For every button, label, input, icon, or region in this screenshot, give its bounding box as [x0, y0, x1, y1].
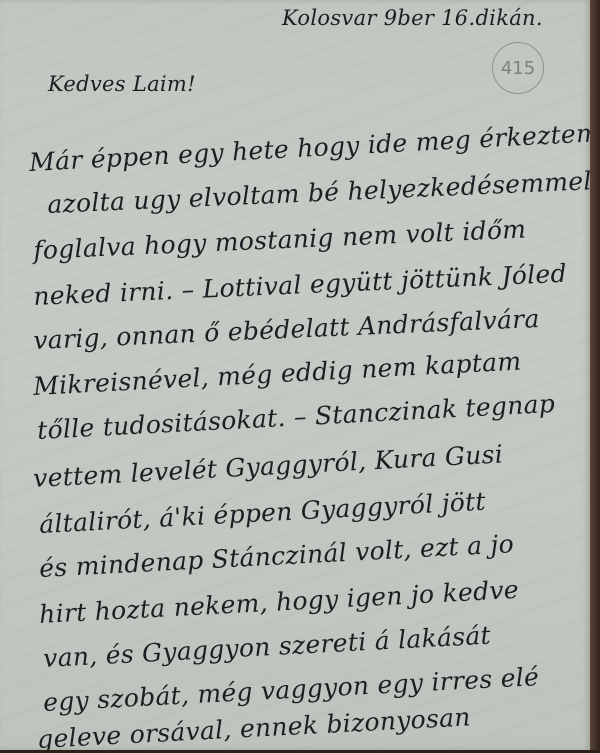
- letter-line: tőlle tudositásokat. – Stanczinak tegnap: [36, 389, 555, 445]
- letter-line: foglalva hogy mostanig nem volt időm: [33, 215, 527, 265]
- letter-line: van, és Gyaggyon szereti á lakását: [42, 621, 491, 673]
- letter-line: vettem levelét Gyaggyról, Kura Gusi: [32, 439, 503, 493]
- letter-line: neked irni. – Lottival együtt jöttünk Jó…: [33, 259, 568, 311]
- archive-number: 415: [501, 58, 535, 79]
- letter-line: azolta ugy elvoltam bé helyezkedésemmel: [47, 166, 593, 219]
- letter-line: hirt hozta nekem, hogy igen jo kedve: [38, 575, 519, 629]
- dateline: Kolosvar 9ber 16.dikán.: [282, 6, 543, 30]
- letter-line: általirót, á'ki éppen Gyaggyról jött: [38, 487, 486, 539]
- salutation: Kedves Laim!: [48, 72, 196, 96]
- letter-line: Már éppen egy hete hogy ide meg érkeztem…: [28, 116, 600, 177]
- letter-line: varig, onnan ő ebédelatt Andrásfalvára: [33, 304, 540, 355]
- page-edge-shadow: [590, 0, 600, 753]
- letter-line: Mikreisnével, még eddig nem kaptam: [32, 346, 522, 401]
- letter-line: és mindenap Stánczinál volt, ezt a jo: [38, 529, 514, 583]
- letter-page: Kolosvar 9ber 16.dikán. 415 Kedves Laim!…: [0, 0, 590, 750]
- archive-number-stamp: 415: [492, 42, 544, 94]
